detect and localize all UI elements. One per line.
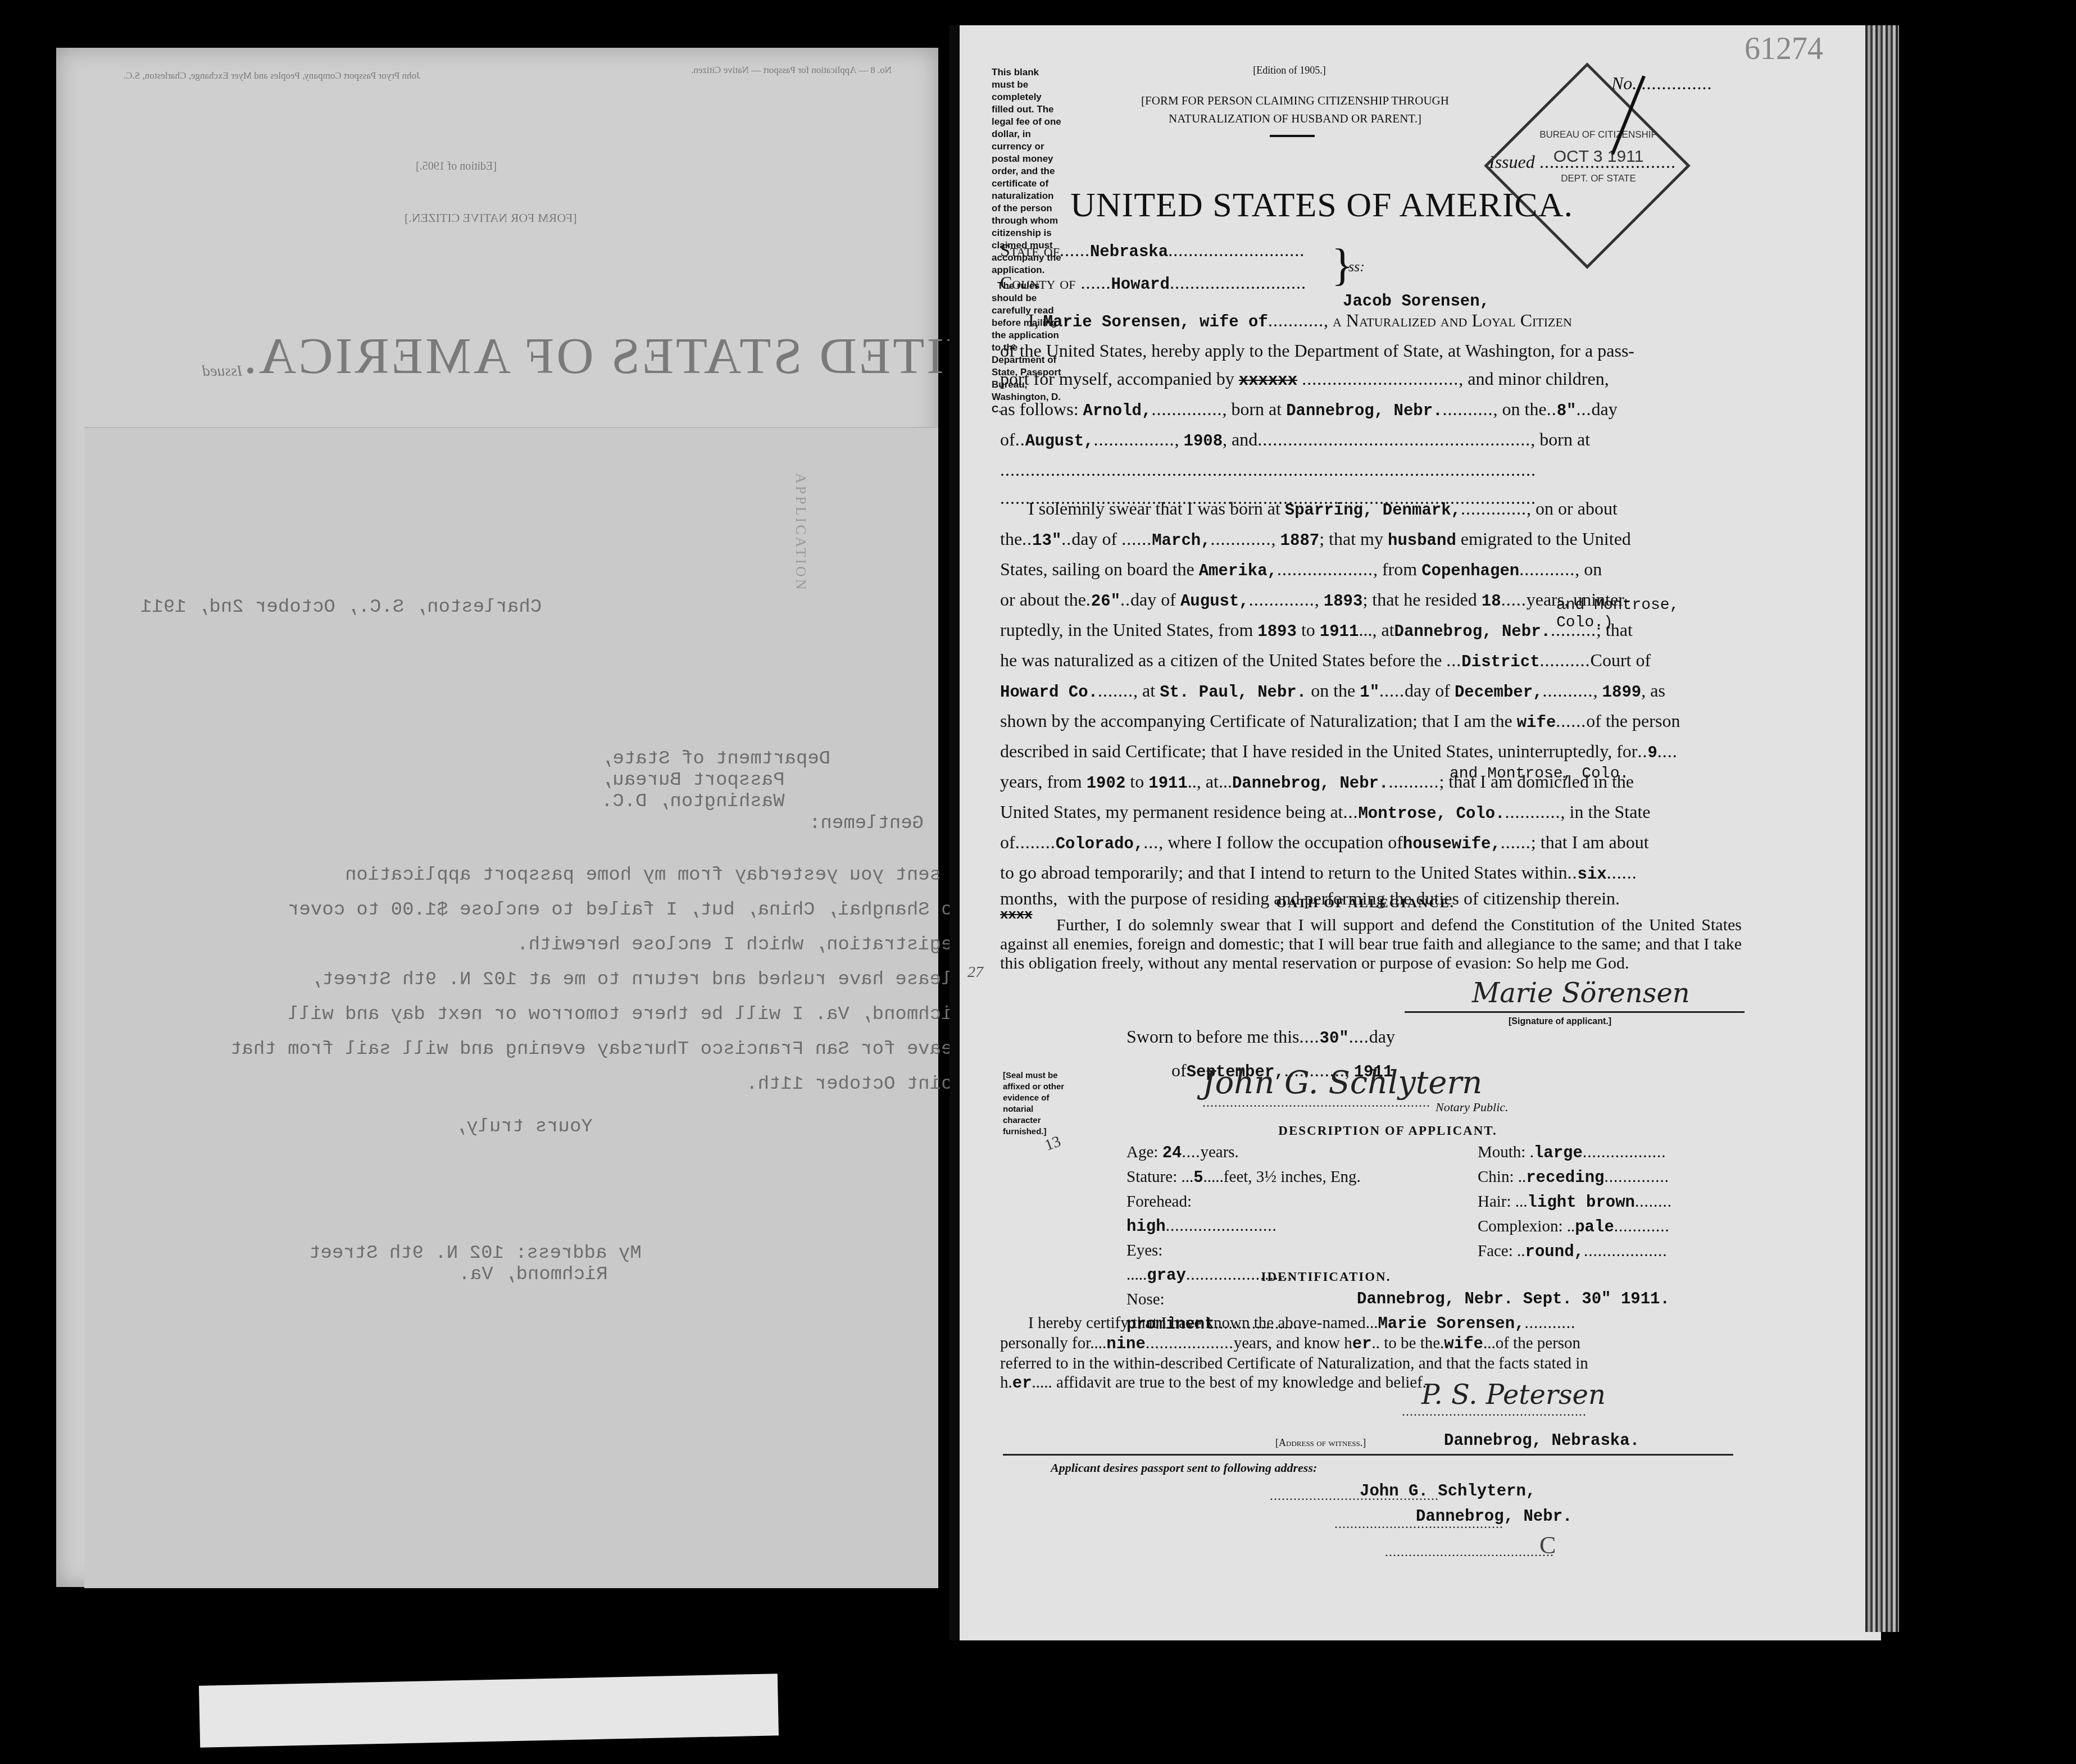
allegiance-heading: OATH OF ALLEGIANCE. <box>1000 896 1730 911</box>
applicant-line: I, Marie Sorensen, wife of..........., a… <box>1000 306 1730 337</box>
notary-label: Notary Public. <box>1436 1100 1509 1115</box>
letter-salutation: Gentlemen: <box>809 813 924 834</box>
description-left-column: Age: 24....years. Stature: ...5.....feet… <box>1126 1140 1306 1336</box>
oath-section: I solemnly swear that I was born at Spar… <box>1000 494 1730 923</box>
paper-strip <box>199 1674 779 1748</box>
application-body: I, Marie Sorensen, wife of..........., a… <box>1000 306 1730 512</box>
notary-line: ........................................… <box>1202 1095 1430 1111</box>
divider-rule <box>1270 135 1315 137</box>
face-row: Face: ..round,.................. <box>1478 1239 1742 1264</box>
page-stack-edges <box>1865 25 1899 1632</box>
county-field: County of ......Howard..................… <box>1000 269 1306 299</box>
stature-row: Stature: ...5.....feet, 3½ inches, Eng. <box>1126 1165 1306 1190</box>
identification-text: I hereby certify that I have known the a… <box>1000 1313 1742 1393</box>
left-edition: [Edition of 1905.] <box>416 160 497 173</box>
complexion-row: Complexion: ..pale............ <box>1478 1215 1742 1239</box>
age-row: Age: 24....years. <box>1126 1140 1306 1165</box>
forehead-row: Forehead: high........................ <box>1126 1190 1306 1239</box>
hair-row: Hair: ...light brown........ <box>1478 1190 1742 1215</box>
left-form-type: [FORM FOR NATIVE CITIZEN.] <box>405 211 577 225</box>
letter-sender-address: My address: 102 N. 9th Street Richmond, … <box>309 1243 642 1285</box>
left-header-right: No. 8 — Application for Passport — Nativ… <box>691 65 892 76</box>
mouth-row: Mouth: .large.................. <box>1478 1140 1742 1165</box>
witness-address: Dannebrog, Nebraska. <box>1444 1431 1639 1450</box>
mailing-dots-3: ........................................… <box>1385 1545 1554 1560</box>
file-number: 61274 <box>1745 31 1823 67</box>
seal-note: [Seal must be affixed or other evidence … <box>1003 1070 1073 1138</box>
child-line: as follows: Arnold,.............., born … <box>1000 395 1730 425</box>
child-date-line: of..August,................, 1908, and..… <box>1000 425 1730 456</box>
allegiance-text: Further, I do solemnly swear that I will… <box>1000 916 1742 973</box>
section-divider <box>1003 1454 1733 1456</box>
signature-label: [Signature of applicant.] <box>1509 1016 1611 1028</box>
description-right-column: Mouth: .large.................. Chin: ..… <box>1478 1140 1742 1264</box>
chin-row: Chin: ..receding.............. <box>1478 1165 1742 1190</box>
left-title: UNITED STATES OF AMERICA. <box>242 326 1023 385</box>
applicant-signature: Marie Sörensen <box>1472 978 1690 1009</box>
edition-label: [Edition of 1905.] <box>1191 65 1388 76</box>
state-field: State of......Nebraska..................… <box>1000 236 1305 266</box>
witness-address-label: [Address of witness.] <box>1275 1437 1366 1449</box>
signature-line <box>1405 1011 1745 1013</box>
left-header-left: John Pryor Passport Company, Peoples and… <box>124 70 420 81</box>
description-heading: DESCRIPTION OF APPLICANT. <box>1135 1124 1641 1138</box>
side-application-label: APPLICATION <box>792 473 809 592</box>
document-title: UNITED STATES OF AMERICA. <box>1070 185 1573 225</box>
letter-sheet: Charleston, S.C., October 2nd, 1911 Depa… <box>84 427 938 1588</box>
left-issued-label: Issued <box>202 362 243 380</box>
no-label: No................ <box>1611 73 1712 94</box>
letter-body: I sent you yesterday from my home passpo… <box>230 858 964 1102</box>
letter-addressee: Department of State, Passport Bureau, Wa… <box>601 748 830 812</box>
margin-note-27: 27 <box>967 963 983 981</box>
identification-place-date: Dannebrog, Nebr. Sept. 30" 1911. <box>1357 1290 1670 1308</box>
identification-heading: IDENTIFICATION. <box>1118 1270 1534 1284</box>
mailing-dots-1: ........................................… <box>1270 1489 1439 1504</box>
mailing-label: Applicant desires passport sent to follo… <box>1051 1461 1317 1475</box>
letter-closing: Yours truly, <box>455 1116 593 1138</box>
witness-signature-line: ........................................… <box>1402 1404 1587 1420</box>
mailing-dots-2: ........................................… <box>1334 1517 1503 1532</box>
ss-label: ss: <box>1348 258 1365 275</box>
blank-line: ........................................… <box>1000 456 1730 484</box>
accompanied-line: port for myself, accompanied by xxxxxx .… <box>1000 365 1730 395</box>
sworn-line: Sworn to before me this....30"....day <box>1126 1022 1395 1053</box>
stamp-text: BUREAU OF CITIZENSHIP OCT 3 1911 DEPT. O… <box>1514 129 1683 184</box>
form-type: [FORM FOR PERSON CLAIMING CITIZENSHIP TH… <box>1121 92 1469 128</box>
letter-dateline: Charleston, S.C., October 2nd, 1911 <box>140 597 542 618</box>
